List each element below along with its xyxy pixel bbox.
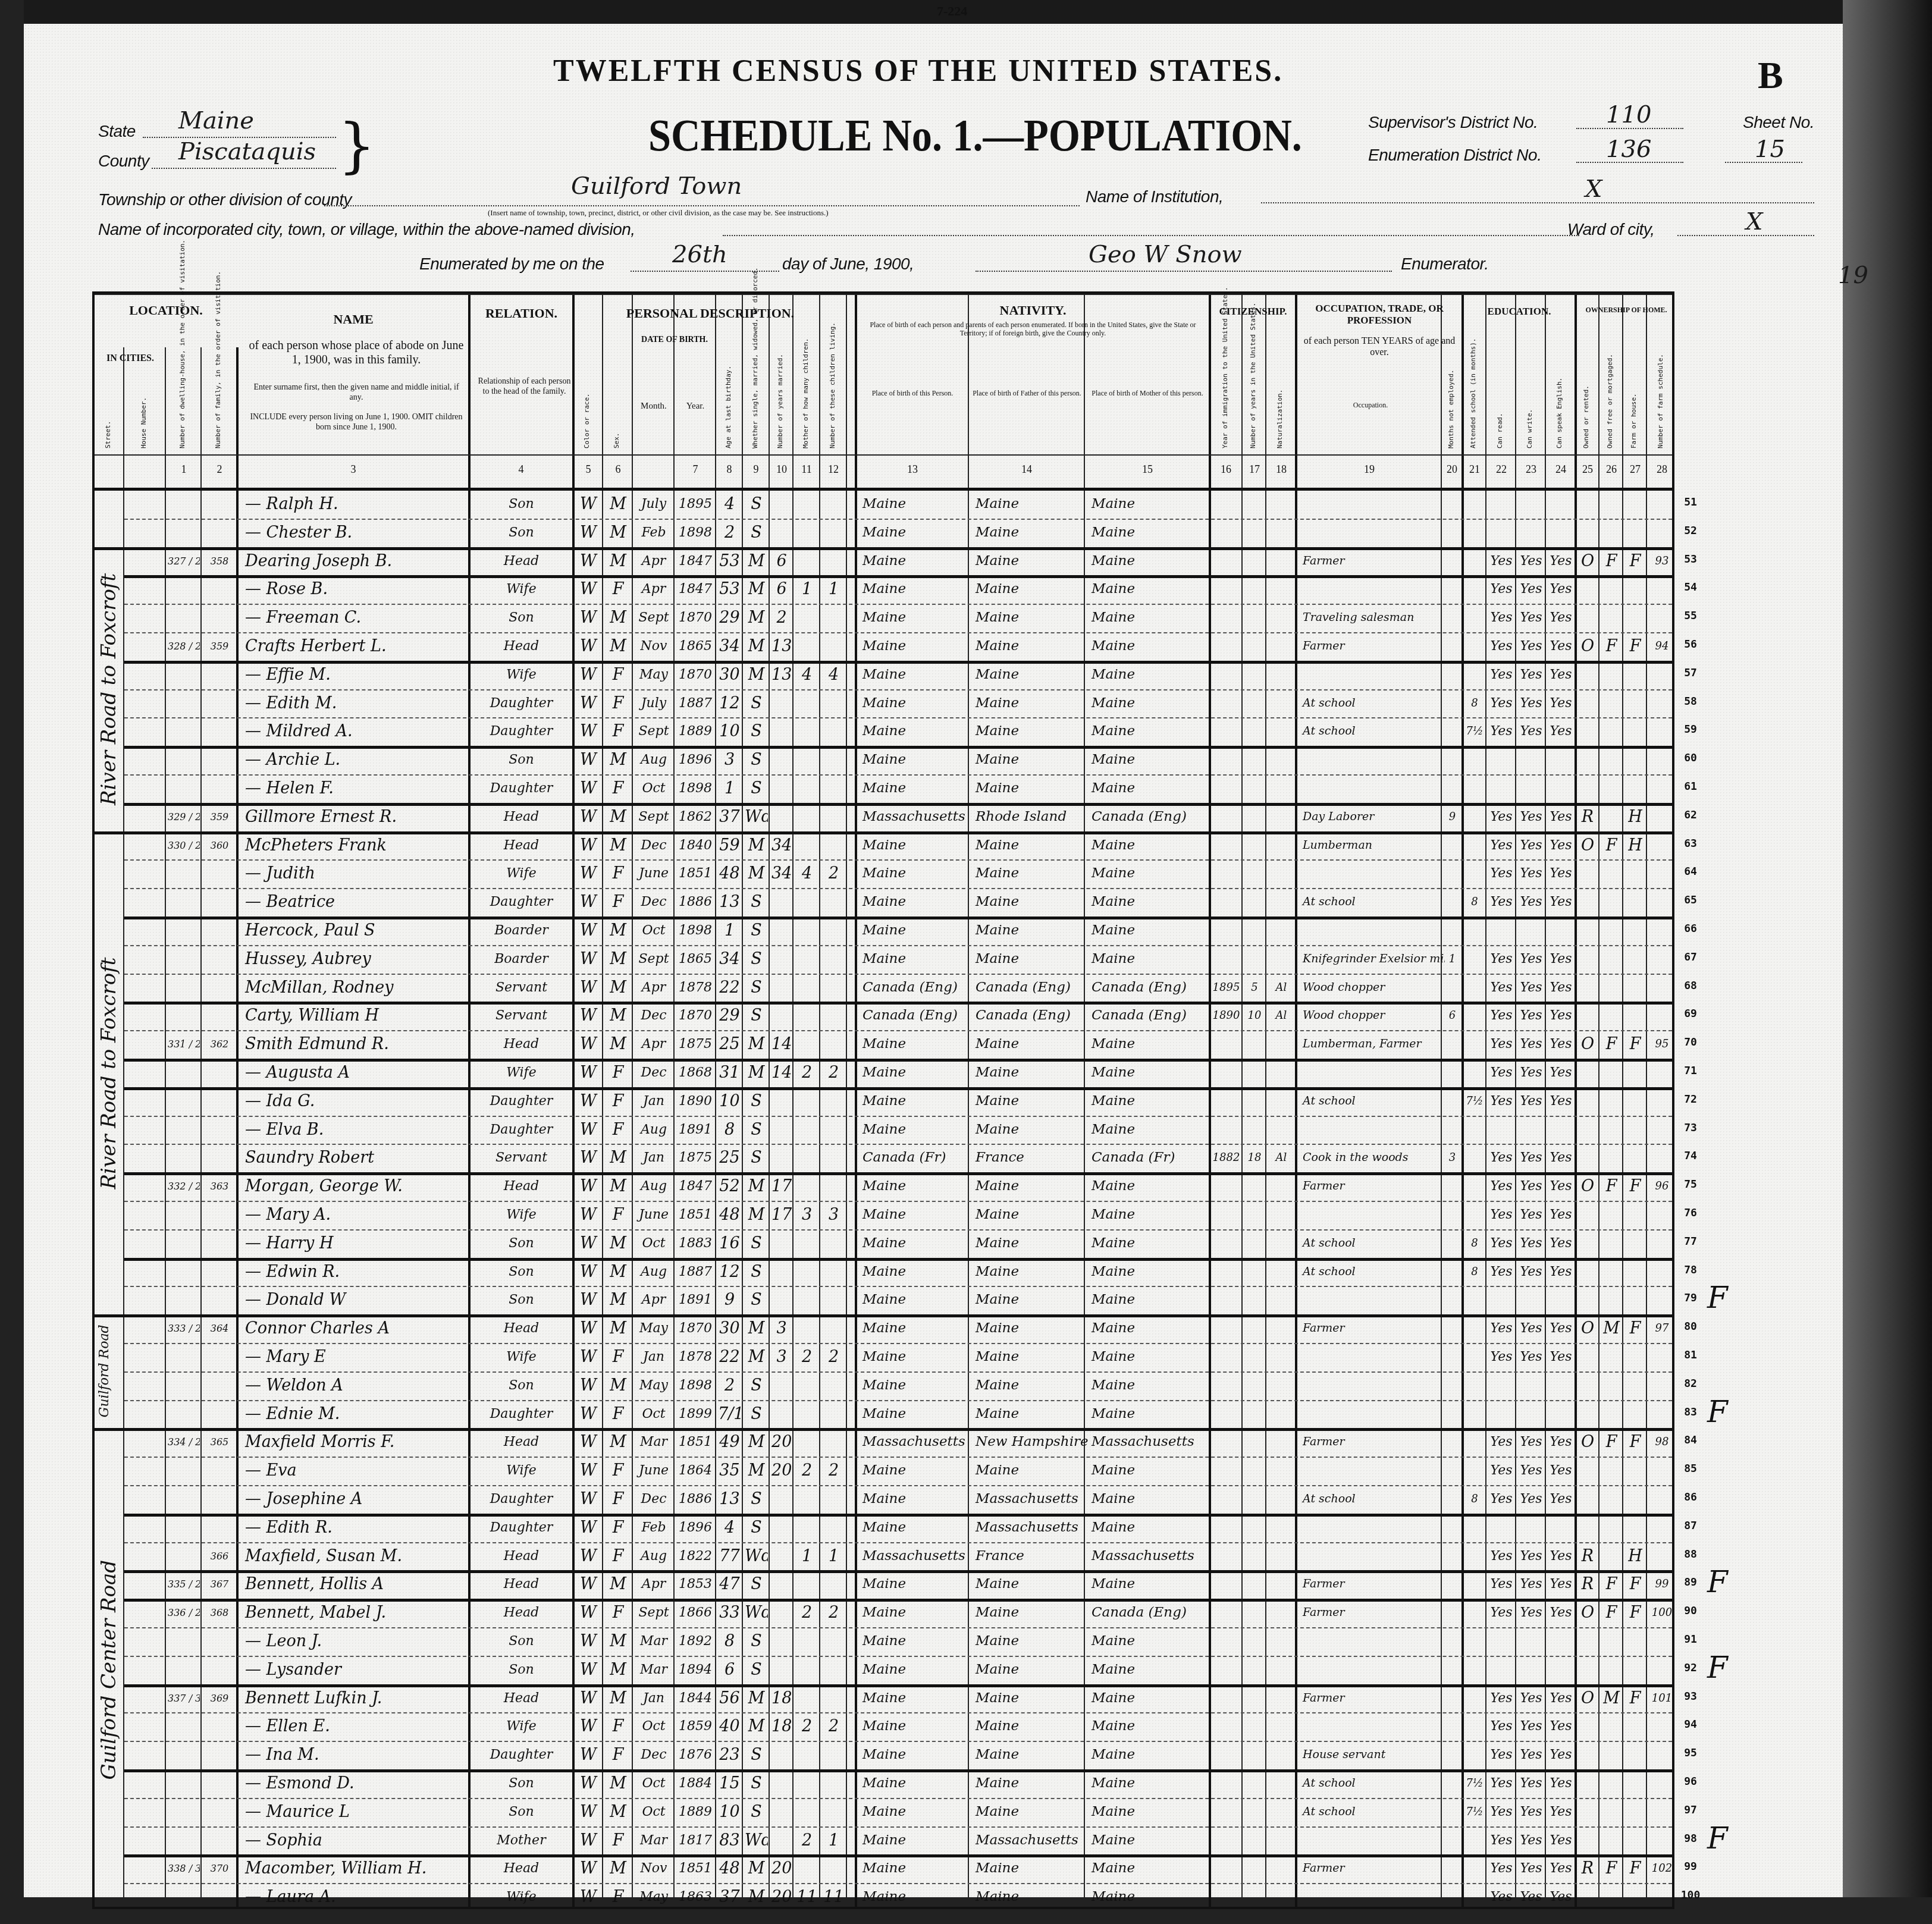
cell-pob: Maine (858, 490, 972, 518)
cell-sched (1649, 1542, 1675, 1570)
cell-marital: M (745, 1428, 768, 1456)
street-block-divider (95, 547, 124, 550)
cell-school (1464, 1599, 1485, 1627)
cell-living (822, 1798, 845, 1826)
cell-year: 1870 (676, 604, 714, 632)
cell-pob-father: Maine (971, 632, 1088, 660)
cell-yrs-married (771, 1286, 792, 1314)
cell-pob-mother: Maine (1087, 1457, 1213, 1484)
cell-read: Yes (1488, 859, 1514, 887)
cell-natur (1268, 746, 1294, 774)
cell-year: 1898 (676, 519, 714, 547)
cell-write: Yes (1518, 1314, 1544, 1342)
cell-free (1601, 1116, 1621, 1144)
cell-natur (1268, 1854, 1294, 1882)
cell-marital: S (745, 519, 768, 547)
line-number: 72 (1679, 1093, 1702, 1106)
cell-dwelling (168, 1741, 200, 1769)
institution-label: Name of Institution, (1086, 187, 1223, 206)
cell-owned (1577, 519, 1598, 547)
cell-living: 3 (822, 1201, 845, 1229)
cell-occupation: Farmer (1298, 1172, 1445, 1200)
enumerated-day-value: 26th (672, 241, 727, 268)
cell-school: 7½ (1464, 717, 1485, 745)
cell-mother-of: 11 (795, 1883, 818, 1911)
cell-read (1488, 1286, 1514, 1314)
cell-unemp (1444, 604, 1461, 632)
cell-school (1464, 1314, 1485, 1342)
header-age: Age at last birthday. (724, 338, 732, 448)
cell-pob-mother: Maine (1087, 917, 1213, 944)
cell-color: W (575, 1514, 601, 1542)
cell-write: Yes (1518, 1030, 1544, 1058)
cell-english (1548, 519, 1574, 547)
cell-relation: Head (471, 547, 572, 575)
cell-write: Yes (1518, 1542, 1544, 1570)
cell-name: — Edith R. (239, 1514, 473, 1542)
cell-pob-father: Maine (971, 519, 1088, 547)
cell-pob-father: Maine (971, 1883, 1088, 1911)
cell-free (1601, 1712, 1621, 1740)
cell-immig (1212, 1684, 1241, 1712)
cell-write: Yes (1518, 1599, 1544, 1627)
cell-occupation: Traveling salesman (1298, 604, 1445, 632)
cell-color: W (575, 661, 601, 689)
cell-pob-mother: Maine (1087, 1712, 1213, 1740)
margin-tally-mark: F (1707, 1565, 1728, 1599)
cell-unemp (1444, 1542, 1461, 1570)
cell-dwelling: 328 / 291 (168, 632, 200, 660)
cell-living (822, 1400, 845, 1428)
cell-year: 1868 (676, 1059, 714, 1087)
cell-sched: 94 (1649, 632, 1675, 660)
cell-year: 1865 (676, 945, 714, 973)
cell-farm (1625, 1002, 1645, 1030)
cell-natur: Al (1268, 1144, 1294, 1172)
cell-owned (1577, 1798, 1598, 1826)
cell-owned (1577, 1457, 1598, 1484)
cell-sex: M (605, 1656, 631, 1684)
cell-pob: Maine (858, 1656, 972, 1684)
cell-read: Yes (1488, 1485, 1514, 1513)
cell-sex: M (605, 1229, 631, 1257)
cell-month: Oct (635, 1400, 673, 1428)
column-number: 8 (717, 463, 741, 476)
cell-owned: R (1577, 1570, 1598, 1598)
cell-pob-mother: Maine (1087, 717, 1213, 745)
cell-natur (1268, 1457, 1294, 1484)
cell-pob-mother: Maine (1087, 1570, 1213, 1598)
cell-age: 35 (718, 1457, 741, 1484)
cell-marital: S (745, 1286, 768, 1314)
header-free: Owned free or mortgaged. (1606, 338, 1614, 448)
cell-marital: M (745, 632, 768, 660)
cell-color: W (575, 1570, 601, 1598)
cell-pob: Maine (858, 1201, 972, 1229)
cell-yrs-us (1244, 661, 1265, 689)
column-number: 1 (172, 463, 196, 476)
cell-pob: Maine (858, 1172, 972, 1200)
cell-read: Yes (1488, 661, 1514, 689)
cell-dwelling (168, 1343, 200, 1371)
column-divider (1265, 294, 1266, 1907)
cell-age: 37 (718, 803, 741, 831)
township-note: (Insert name of township, town, precinct… (488, 208, 829, 218)
cell-marital: Wd (745, 1826, 768, 1854)
cell-family (203, 1144, 236, 1172)
cell-name: — Effie M. (239, 661, 473, 689)
header-house: House Number. (140, 371, 148, 448)
cell-yrs-us (1244, 1286, 1265, 1314)
cell-family (203, 917, 236, 944)
cell-name: — Beatrice (239, 888, 473, 916)
cell-name: Connor Charles A (239, 1314, 473, 1342)
cell-pob-mother: Maine (1087, 1201, 1213, 1229)
cell-living (822, 1656, 845, 1684)
line-number: 88 (1679, 1548, 1702, 1561)
enumerator-label: Enumerator. (1401, 255, 1489, 274)
cell-unemp (1444, 1258, 1461, 1286)
cell-farm (1625, 1258, 1645, 1286)
cell-farm (1625, 490, 1645, 518)
cell-month: Dec (635, 888, 673, 916)
cell-natur (1268, 1428, 1294, 1456)
township-value: Guilford Town (571, 172, 742, 200)
name-instruction-1: Enter surname first, then the given name… (246, 383, 466, 403)
cell-name: — Helen F. (239, 774, 473, 802)
cell-relation: Daughter (471, 1741, 572, 1769)
cell-mother-of (795, 632, 818, 660)
cell-write: Yes (1518, 1798, 1544, 1826)
cell-owned: R (1577, 803, 1598, 831)
cell-mother-of (795, 1172, 818, 1200)
cell-english: Yes (1548, 1030, 1574, 1058)
cell-unemp (1444, 547, 1461, 575)
cell-family: 364 (203, 1314, 236, 1342)
cell-read: Yes (1488, 974, 1514, 1002)
cell-free (1601, 1457, 1621, 1484)
cell-farm (1625, 1059, 1645, 1087)
cell-year: 1859 (676, 1712, 714, 1740)
cell-month: Dec (635, 1059, 673, 1087)
cell-sched (1649, 604, 1675, 632)
column-number-rule (95, 454, 1672, 456)
cell-natur (1268, 1741, 1294, 1769)
cell-occupation: Knifegrinder Exelsior mill (1298, 945, 1445, 973)
cell-pob-mother: Maine (1087, 774, 1213, 802)
cell-immig (1212, 1769, 1241, 1797)
cell-marital: M (745, 831, 768, 859)
cell-immig (1212, 1059, 1241, 1087)
column-divider (673, 294, 675, 1907)
cell-read (1488, 1656, 1514, 1684)
cell-read: Yes (1488, 1087, 1514, 1115)
cell-pob-father: Maine (971, 917, 1088, 944)
cell-color: W (575, 575, 601, 603)
cell-read: Yes (1488, 945, 1514, 973)
cell-write: Yes (1518, 1087, 1544, 1115)
cell-sex: F (605, 1826, 631, 1854)
cell-marital: S (745, 1769, 768, 1797)
cell-name: McMillan, Rodney (239, 974, 473, 1002)
cell-natur (1268, 1201, 1294, 1229)
cell-name: — Laura A. (239, 1883, 473, 1911)
cell-occupation (1298, 774, 1445, 802)
cell-pob-mother: Maine (1087, 519, 1213, 547)
cell-age: 8 (718, 1116, 741, 1144)
cell-unemp (1444, 1172, 1461, 1200)
cell-english: Yes (1548, 803, 1574, 831)
cell-yrs-us: 18 (1244, 1144, 1265, 1172)
cell-name: — Harry H (239, 1229, 473, 1257)
form-number: 7-224 (937, 4, 967, 19)
cell-natur (1268, 1371, 1294, 1399)
cell-year: 1892 (676, 1627, 714, 1655)
cell-english: Yes (1548, 1798, 1574, 1826)
cell-farm: F (1625, 1314, 1645, 1342)
cell-dwelling (168, 1542, 200, 1570)
cell-month: Nov (635, 632, 673, 660)
cell-farm (1625, 945, 1645, 973)
cell-school (1464, 632, 1485, 660)
cell-mother-of (795, 1798, 818, 1826)
cell-family (203, 746, 236, 774)
cell-marital: M (745, 1854, 768, 1882)
cell-yrs-us (1244, 746, 1265, 774)
cell-sched (1649, 661, 1675, 689)
cell-occupation (1298, 1883, 1445, 1911)
cell-school (1464, 917, 1485, 944)
year-header: Year. (675, 401, 716, 412)
cell-sex: M (605, 1030, 631, 1058)
cell-free (1601, 1229, 1621, 1257)
cell-natur (1268, 888, 1294, 916)
cell-mother-of (795, 1570, 818, 1598)
cell-farm (1625, 1769, 1645, 1797)
cell-unemp (1444, 1286, 1461, 1314)
cell-age: 47 (718, 1570, 741, 1598)
cell-relation: Head (471, 1599, 572, 1627)
cell-mother-of (795, 519, 818, 547)
cell-english: Yes (1548, 1854, 1574, 1882)
cell-free (1601, 1002, 1621, 1030)
cell-immig (1212, 1286, 1241, 1314)
cell-read: Yes (1488, 632, 1514, 660)
header-years-us: Number of years in the United States. (1249, 329, 1257, 448)
cell-free (1601, 717, 1621, 745)
cell-sched: 101 (1649, 1684, 1675, 1712)
cell-dwelling: 330 / 293 (168, 831, 200, 859)
cell-color: W (575, 1854, 601, 1882)
cell-free (1601, 1059, 1621, 1087)
cell-unemp (1444, 974, 1461, 1002)
line-number: 64 (1679, 865, 1702, 878)
cell-pob: Maine (858, 661, 972, 689)
cell-free (1601, 689, 1621, 717)
cell-name: Gillmore Ernest R. (239, 803, 473, 831)
cell-color: W (575, 803, 601, 831)
line-number: 96 (1679, 1775, 1702, 1788)
cell-dwelling (168, 1371, 200, 1399)
cell-year: 1883 (676, 1229, 714, 1257)
cell-natur (1268, 917, 1294, 944)
cell-color: W (575, 1457, 601, 1484)
cell-sched (1649, 1002, 1675, 1030)
cell-farm (1625, 1514, 1645, 1542)
cell-name: — Edwin R. (239, 1258, 473, 1286)
cell-read (1488, 746, 1514, 774)
line-number: 80 (1679, 1320, 1702, 1333)
cell-color: W (575, 831, 601, 859)
cell-month: Jan (635, 1343, 673, 1371)
cell-month: Oct (635, 917, 673, 944)
cell-school (1464, 1457, 1485, 1484)
cell-immig (1212, 1201, 1241, 1229)
cell-yrs-married (771, 1798, 792, 1826)
cell-dwelling (168, 1485, 200, 1513)
cell-year: 1890 (676, 1087, 714, 1115)
cell-marital: M (745, 1343, 768, 1371)
cell-name: — Archie L. (239, 746, 473, 774)
cell-school (1464, 1542, 1485, 1570)
cell-free: F (1601, 1172, 1621, 1200)
cell-year: 1875 (676, 1144, 714, 1172)
cell-pob: Maine (858, 717, 972, 745)
cell-marital: S (745, 1570, 768, 1598)
cell-sex: F (605, 1059, 631, 1087)
cell-natur (1268, 1769, 1294, 1797)
cell-yrs-married (771, 774, 792, 802)
line-number: 82 (1679, 1377, 1702, 1390)
cell-yrs-us (1244, 1030, 1265, 1058)
cell-english: Yes (1548, 1201, 1574, 1229)
header-school: Attended school (in months). (1469, 338, 1477, 448)
cell-unemp (1444, 1769, 1461, 1797)
cell-sched (1649, 1229, 1675, 1257)
cell-family (203, 1826, 236, 1854)
cell-free: F (1601, 1854, 1621, 1882)
cell-free (1601, 1144, 1621, 1172)
cell-color: W (575, 1087, 601, 1115)
street-name-label: River Road to Foxcroft (97, 831, 123, 1315)
cell-month: Dec (635, 1741, 673, 1769)
cell-sched (1649, 519, 1675, 547)
cell-english: Yes (1548, 604, 1574, 632)
cell-name: Hussey, Aubrey (239, 945, 473, 973)
cell-natur (1268, 490, 1294, 518)
cell-occupation: Wood chopper (1298, 1002, 1445, 1030)
cell-mother-of (795, 945, 818, 973)
cell-owned (1577, 746, 1598, 774)
cell-immig (1212, 746, 1241, 774)
cell-occupation (1298, 859, 1445, 887)
cell-yrs-married: 18 (771, 1712, 792, 1740)
cell-read (1488, 1371, 1514, 1399)
cell-age: 25 (718, 1144, 741, 1172)
cell-free (1601, 1400, 1621, 1428)
cell-marital: S (745, 1485, 768, 1513)
cell-english: Yes (1548, 1428, 1574, 1456)
cell-sex: M (605, 803, 631, 831)
cell-natur (1268, 1172, 1294, 1200)
cell-family (203, 519, 236, 547)
cell-owned (1577, 1741, 1598, 1769)
cell-pob: Massachusetts (858, 1428, 972, 1456)
cell-unemp: 6 (1444, 1002, 1461, 1030)
cell-free (1601, 1343, 1621, 1371)
cell-school (1464, 1343, 1485, 1371)
column-divider (792, 294, 793, 1907)
line-number: 75 (1679, 1178, 1702, 1191)
cell-name: — Freeman C. (239, 604, 473, 632)
cell-age: 53 (718, 547, 741, 575)
cell-read (1488, 1627, 1514, 1655)
cell-marital: S (745, 1514, 768, 1542)
cell-immig (1212, 803, 1241, 831)
cell-occupation: Lumberman, Farmer (1298, 1030, 1445, 1058)
cell-year: 1889 (676, 717, 714, 745)
cell-english: Yes (1548, 1229, 1574, 1257)
cell-mother-of: 1 (795, 1542, 818, 1570)
cell-relation: Wife (471, 1883, 572, 1911)
column-divider (846, 294, 847, 1907)
cell-mother-of: 2 (795, 1599, 818, 1627)
month-header: Month. (633, 401, 675, 412)
cell-english: Yes (1548, 661, 1574, 689)
cell-owned (1577, 1371, 1598, 1399)
cell-family (203, 661, 236, 689)
cell-yrs-married (771, 888, 792, 916)
header-brace: } (338, 116, 376, 175)
cell-unemp (1444, 1514, 1461, 1542)
cell-sex: M (605, 1286, 631, 1314)
column-number: 24 (1549, 463, 1573, 476)
cell-pob: Maine (858, 1570, 972, 1598)
cell-yrs-married: 13 (771, 632, 792, 660)
cell-english: Yes (1548, 945, 1574, 973)
cell-age: 33 (718, 1599, 741, 1627)
cell-free (1601, 1741, 1621, 1769)
cell-dwelling (168, 1116, 200, 1144)
cell-sched (1649, 1798, 1675, 1826)
line-number: 63 (1679, 837, 1702, 850)
cell-mother-of (795, 490, 818, 518)
state-value: Maine (178, 107, 254, 134)
cell-write: Yes (1518, 945, 1544, 973)
cell-pob-father: New Hampshire (971, 1428, 1088, 1456)
cell-sex: M (605, 1428, 631, 1456)
cell-yrs-married (771, 1542, 792, 1570)
cell-pob-mother: Maine (1087, 1371, 1213, 1399)
cell-pob-father: Maine (971, 1371, 1088, 1399)
cell-yrs-married: 14 (771, 1059, 792, 1087)
header-naturalization: Naturalization. (1276, 329, 1284, 448)
cell-sched (1649, 974, 1675, 1002)
cell-name: Crafts Herbert L. (239, 632, 473, 660)
header-mother-of: Mother of how many children. (802, 338, 810, 448)
column-divider (1515, 294, 1516, 1907)
cell-family (203, 1229, 236, 1257)
cell-occupation: At school (1298, 1258, 1445, 1286)
cell-age: 7/12 (718, 1400, 741, 1428)
cell-living (822, 1741, 845, 1769)
cell-pob-mother: Maine (1087, 1485, 1213, 1513)
line-number: 97 (1679, 1804, 1702, 1816)
cell-free (1601, 1542, 1621, 1570)
cell-living: 4 (822, 661, 845, 689)
cell-pob: Maine (858, 1286, 972, 1314)
institution-value: X (1585, 175, 1602, 203)
